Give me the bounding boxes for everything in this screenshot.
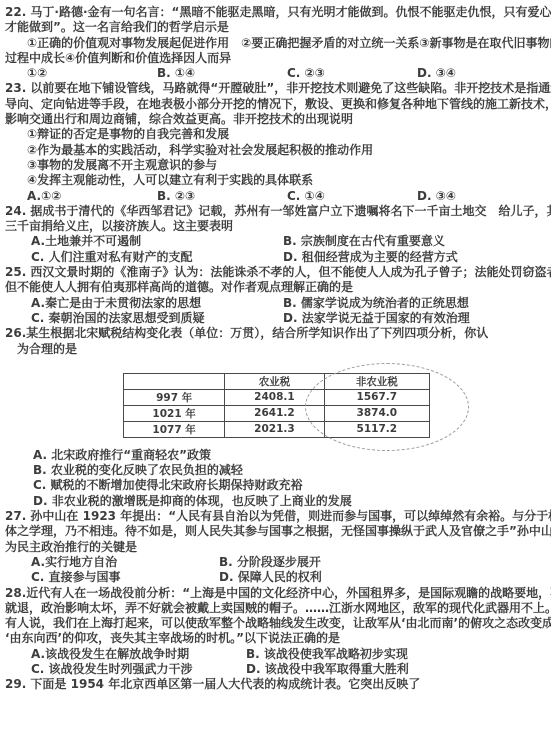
- option-c: C. 直接参与国事: [31, 570, 219, 585]
- option-c: C. 该战役发生时列强武力干涉: [31, 662, 246, 677]
- option-d: D. 法家学说无益于国家的有效治理: [283, 311, 470, 326]
- option-d: D. 非农业税的激增既是抑商的体现，也反映了上商业的发展: [5, 494, 547, 509]
- question-text-line: 26.某生根据北宋赋税结构变化表（单位：万贯），结合所学知识作出了下列四项分析，…: [5, 326, 547, 341]
- question-text-line: 27. 孙中山在 1923 年提出：“人民有县自治以为凭借，则进而参与国事，可以…: [5, 509, 547, 524]
- options-row-ab: A.实行地方自治 B. 分阶段逐步展开: [5, 555, 547, 570]
- option-a: A.秦亡是由于未贯彻法家的思想: [31, 296, 283, 311]
- option-d: D. ③④: [417, 66, 547, 81]
- question-text-line: 24. 据成书于清代的《华西邹君记》记载，苏州有一邹姓富户立下遗嘱将名下一千亩土…: [5, 204, 547, 219]
- statement-3: ③事物的发展离不开主观意识的参与: [5, 158, 547, 173]
- question-text-line: 为民主政治推行的关键是: [5, 540, 547, 555]
- question-23: 23. 以前要在地下铺设管线，马路就得“开膛破肚”，非开挖技术则避免了这些缺陷。…: [5, 81, 547, 203]
- options-row-ab: A.该战役发生在解放战争时期 B. 该战役使我军战略初步实现: [5, 647, 547, 662]
- option-b: B. 宗族制度在古代有重要意义: [283, 234, 445, 249]
- question-text-line: 28.近代有人在一场战役前分析：“上海是中国的文化经济中心，外国租界多，是国际观…: [5, 586, 547, 601]
- table-row: 1077 年 2021.3 5117.2: [124, 421, 430, 437]
- header-empty: [124, 373, 225, 389]
- option-b: B. 儒家学说成为统治者的正统思想: [283, 296, 469, 311]
- statement-1: ①辩证的否定是事物的自我完善和发展: [5, 127, 547, 142]
- question-27: 27. 孙中山在 1923 年提出：“人民有县自治以为凭借，则进而参与国事，可以…: [5, 509, 547, 585]
- numbered-statements-line: 过程中成长④价值判断和价值选择因人而异: [5, 51, 547, 66]
- option-c: C. 人们注重对私有财产的支配: [31, 250, 283, 265]
- option-a: A. 北宋政府推行“重商轻农”政策: [5, 448, 547, 463]
- exam-document: 22. 马丁·路德·金有一句名言：“黑暗不能驱走黑暗，只有光明才能做到。仇恨不能…: [0, 0, 551, 693]
- options-row-ab: A.秦亡是由于未贯彻法家的思想 B. 儒家学说成为统治者的正统思想: [5, 296, 547, 311]
- question-text-line: 29. 下面是 1954 年北京西单区第一届人大代表的构成统计表。它突出反映了: [5, 677, 547, 692]
- option-a: A.土地兼并不可遏制: [31, 234, 283, 249]
- options-row-cd: C. 该战役发生时列强武力干涉 D. 该战役中我军取得重大胜利: [5, 662, 547, 677]
- option-a: A.①②: [27, 189, 157, 204]
- options-row: ①② B. ①④ C. ②③ D. ③④: [5, 66, 547, 81]
- question-28: 28.近代有人在一场战役前分析：“上海是中国的文化经济中心，外国租界多，是国际观…: [5, 586, 547, 678]
- question-text-line: 25. 西汉文景时期的《淮南子》认为：法能诛杀不孝的人，但不能使人人成为孔子曾子…: [5, 265, 547, 280]
- option-d: D. ③④: [417, 189, 547, 204]
- question-text-line: 三千亩捐给义庄，以接济族人。这主要表明: [5, 219, 547, 234]
- year-cell: 997 年: [124, 389, 225, 405]
- option-d: D. 租佃经营成为主要的经营方式: [283, 250, 458, 265]
- question-22: 22. 马丁·路德·金有一句名言：“黑暗不能驱走黑暗，只有光明才能做到。仇恨不能…: [5, 5, 547, 81]
- value-cell: 2408.1: [225, 389, 324, 405]
- options-row-cd: C. 直接参与国事 D. 保障人民的权利: [5, 570, 547, 585]
- question-text-line: 为合理的是: [5, 342, 547, 357]
- option-c: C. 赋税的不断增加使得北宋政府长期保持财政充裕: [5, 478, 547, 493]
- statement-2: ②作为最基本的实践活动，科学实验对社会发展起积极的推动作用: [5, 143, 547, 158]
- question-text-line: 23. 以前要在地下铺设管线，马路就得“开膛破肚”，非开挖技术则避免了这些缺陷。…: [5, 81, 547, 96]
- table-row: 997 年 2408.1 1567.7: [124, 389, 430, 405]
- option-b: B. 该战役使我军战略初步实现: [246, 647, 408, 662]
- value-cell: 2021.3: [225, 421, 324, 437]
- value-cell: 2641.2: [225, 405, 324, 421]
- option-d: D. 保障人民的权利: [219, 570, 322, 585]
- value-cell: 3874.0: [324, 405, 429, 421]
- options-row-cd: C. 秦朝治国的法家思想受到质疑 D. 法家学说无益于国家的有效治理: [5, 311, 547, 326]
- option-c: C. ②③: [287, 66, 417, 81]
- option-b: B. ②③: [157, 189, 287, 204]
- question-text-line: 体之学理，乃不相违。待不如是，则人民失其参与国事之根据，无怪国事操纵于武人及官僚…: [5, 524, 547, 539]
- question-text-line: 就退，政治影响太坏，弄不好就会被戴上卖国贼的帽子。……江浙水网地区，敌军的现代化…: [5, 601, 547, 616]
- value-cell: 1567.7: [324, 389, 429, 405]
- option-a: A.实行地方自治: [31, 555, 219, 570]
- option-d: D. 该战役中我军取得重大胜利: [246, 662, 409, 677]
- option-c: C. 秦朝治国的法家思想受到质疑: [31, 311, 283, 326]
- question-text-line: ‘由东向西’的仰攻，丧失其主宰战场的时机。”以下说法正确的是: [5, 631, 547, 646]
- question-text-line: 导向、定向钻进等手段，在地表极小部分开挖的情况下，敷设、更换和修复各种地下管线的…: [5, 97, 547, 112]
- option-b: B. 农业税的变化反映了农民负担的减轻: [5, 463, 547, 478]
- question-text-line: 影响交通出行和周边商铺，综合效益更高。非开挖技术的出现说明: [5, 112, 547, 127]
- year-cell: 1021 年: [124, 405, 225, 421]
- question-text-line: 但不能使人人拥有伯夷那样高尚的道德。对作者观点理解正确的是: [5, 280, 547, 295]
- question-26: 26.某生根据北宋赋税结构变化表（单位：万贯），结合所学知识作出了下列四项分析，…: [5, 326, 547, 509]
- numbered-statements-line: ①正确的价值观对事物发展起促进作用 ②要正确把握矛盾的对立统一关系③新事物是在取…: [5, 36, 547, 51]
- statement-4: ④发挥主观能动性，人可以建立有利于实践的具体联系: [5, 173, 547, 188]
- question-text-line: 才能做到”。这一名言给我们的哲学启示是: [5, 20, 547, 35]
- tax-table-container: 农业税 非农业税 997 年 2408.1 1567.7 1021 年 2641…: [123, 373, 430, 438]
- option-b: B. 分阶段逐步展开: [219, 555, 321, 570]
- options-row-ab: A.土地兼并不可遏制 B. 宗族制度在古代有重要意义: [5, 234, 547, 249]
- value-cell: 5117.2: [324, 421, 429, 437]
- option-b: B. ①④: [157, 66, 287, 81]
- option-a: A.该战役发生在解放战争时期: [31, 647, 246, 662]
- header-non-agricultural-tax: 非农业税: [324, 373, 429, 389]
- tax-structure-table: 农业税 非农业税 997 年 2408.1 1567.7 1021 年 2641…: [123, 373, 430, 438]
- header-agricultural-tax: 农业税: [225, 373, 324, 389]
- question-29: 29. 下面是 1954 年北京西单区第一届人大代表的构成统计表。它突出反映了: [5, 677, 547, 692]
- question-25: 25. 西汉文景时期的《淮南子》认为：法能诛杀不孝的人，但不能使人人成为孔子曾子…: [5, 265, 547, 326]
- question-text-line: 22. 马丁·路德·金有一句名言：“黑暗不能驱走黑暗，只有光明才能做到。仇恨不能…: [5, 5, 547, 20]
- options-row: A.①② B. ②③ C. ①④ D. ③④: [5, 189, 547, 204]
- table-row: 1021 年 2641.2 3874.0: [124, 405, 430, 421]
- option-a: ①②: [27, 66, 157, 81]
- year-cell: 1077 年: [124, 421, 225, 437]
- options-row-cd: C. 人们注重对私有财产的支配 D. 租佃经营成为主要的经营方式: [5, 250, 547, 265]
- question-text-line: 有人说，我们在上海打起来，可以使敌军整个战略轴线发生改变，让敌军从‘由北而南’的…: [5, 616, 547, 631]
- question-24: 24. 据成书于清代的《华西邹君记》记载，苏州有一邹姓富户立下遗嘱将名下一千亩土…: [5, 204, 547, 265]
- table-header-row: 农业税 非农业税: [124, 373, 430, 389]
- option-c: C. ①④: [287, 189, 417, 204]
